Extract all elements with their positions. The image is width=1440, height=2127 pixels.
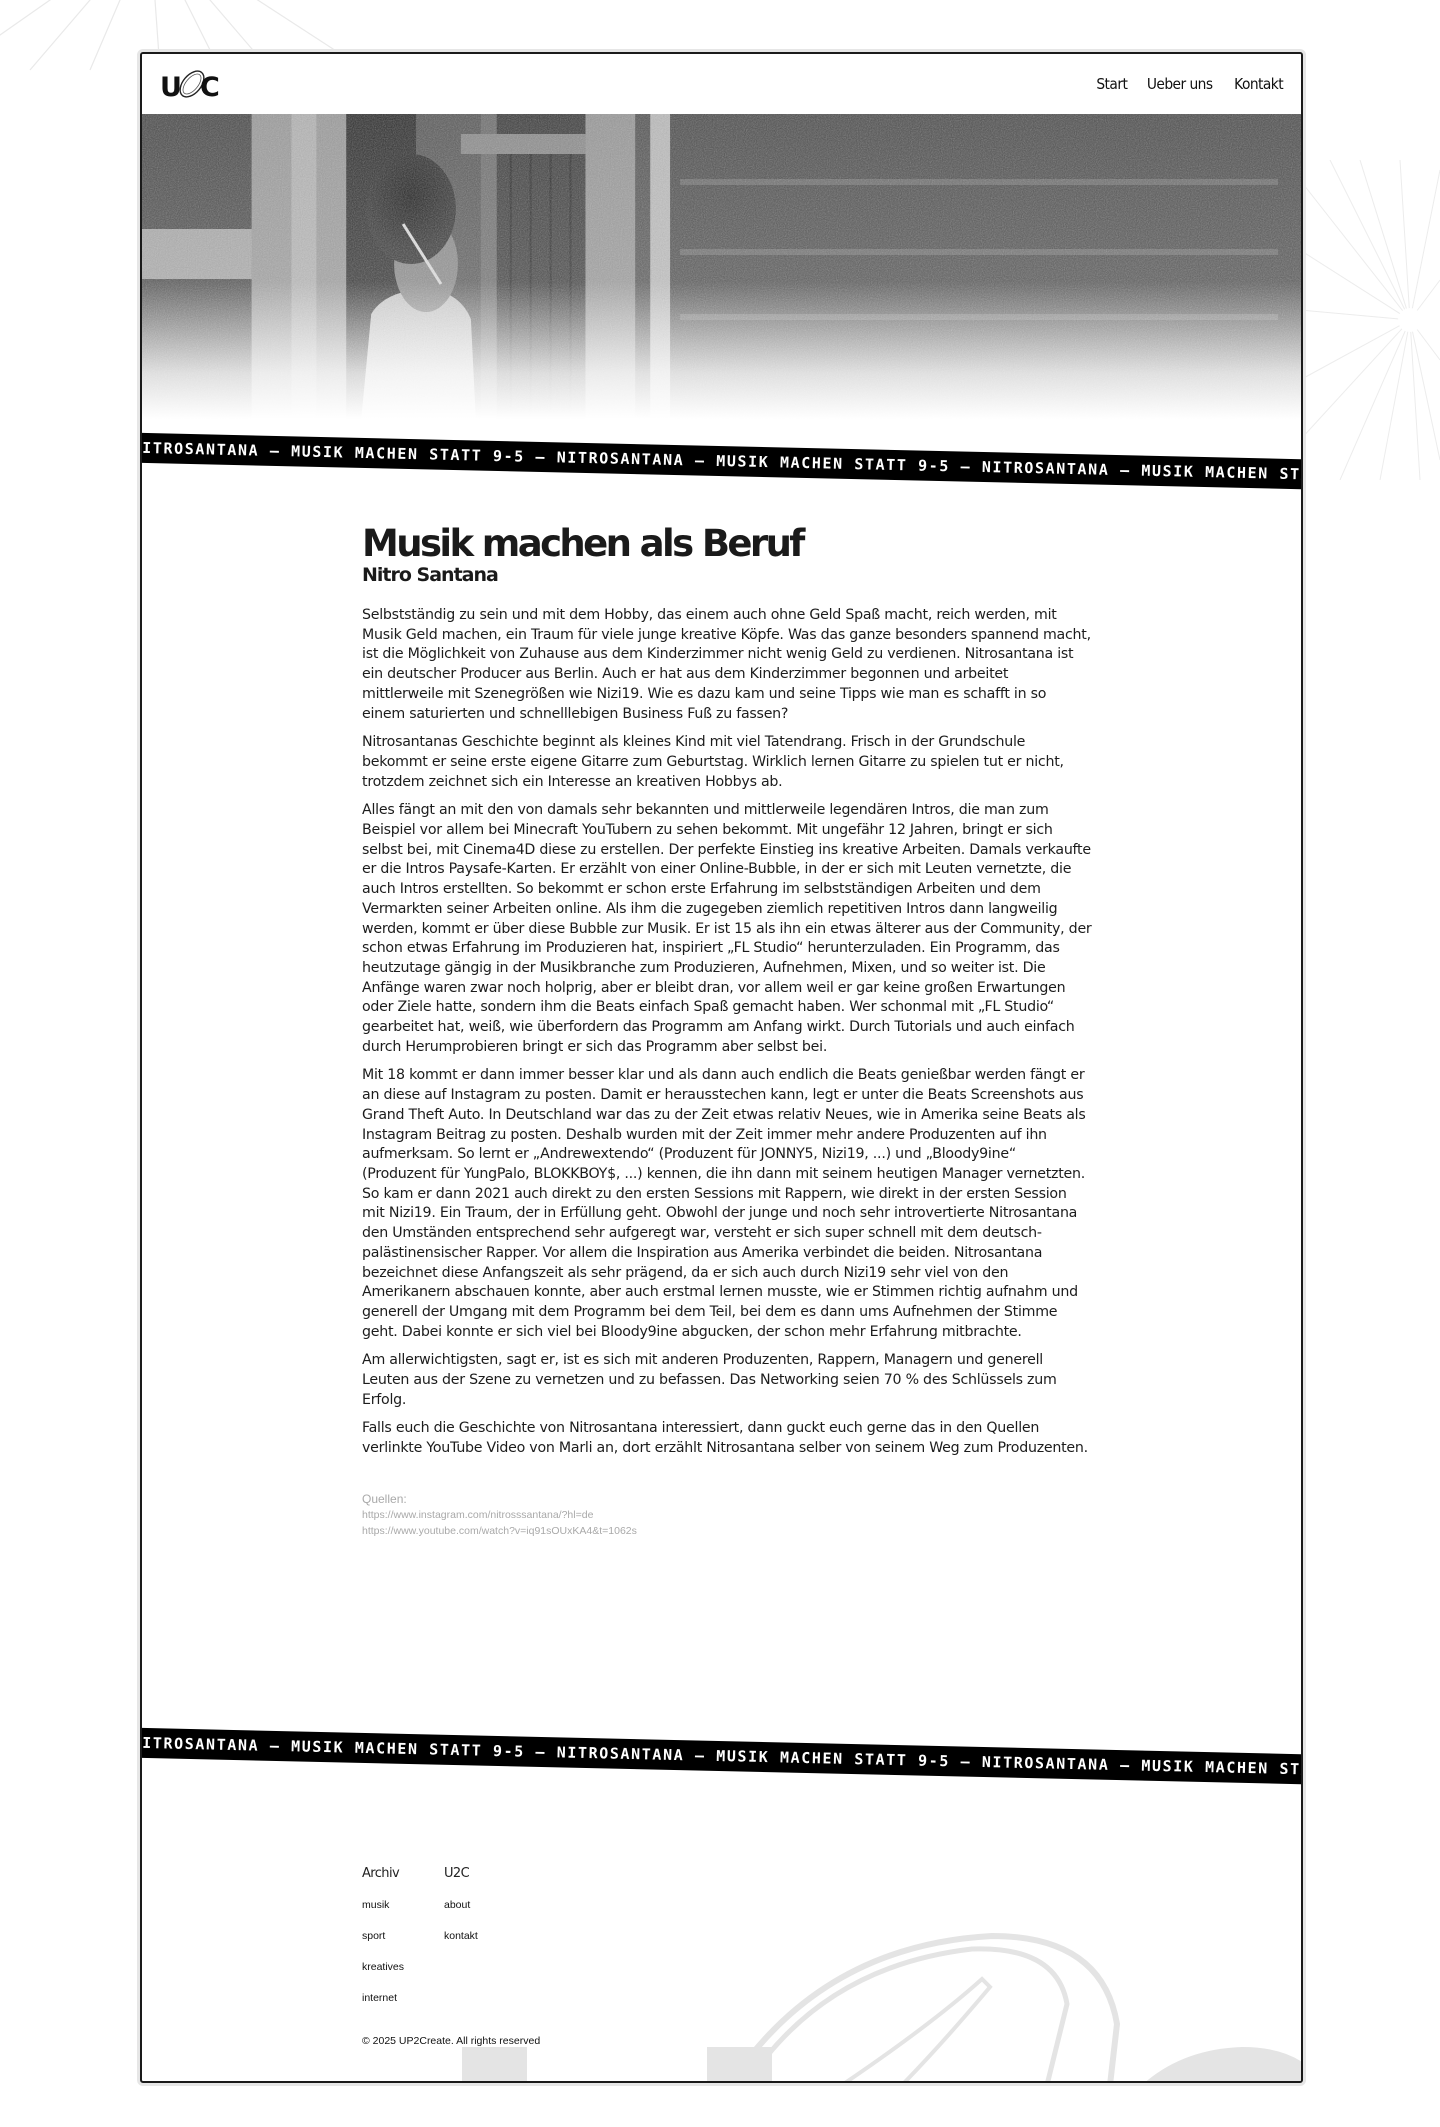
logo-link[interactable]: U C [160,66,224,102]
ticker-text: NITROSANTANA – MUSIK MACHEN STATT 9-5 – … [140,432,1303,491]
article-paragraph: Mit 18 kommt er dann immer besser klar u… [362,1066,1092,1342]
article: Musik machen als Beruf Nitro Santana Sel… [362,524,1092,1539]
ticker-banner-bottom: NITROSANTANA – MUSIK MACHEN STATT 9-5 – … [140,1727,1303,1786]
article-subtitle: Nitro Santana [362,564,1092,586]
site-header: U C Start Ueber uns Kontakt [142,54,1301,114]
sunburst-decoration-right [1300,160,1440,480]
footer-column-u2c: U2C about kontakt [444,1866,486,2023]
footer-link-kreatives[interactable]: kreatives [362,1961,404,1973]
page-frame: U C Start Ueber uns Kontakt [140,52,1303,2083]
article-paragraph: Falls euch die Geschichte von Nitrosanta… [362,1419,1092,1458]
article-paragraph: Selbstständig zu sein und mit dem Hobby,… [362,606,1092,724]
hero-image [142,114,1301,419]
svg-text:U: U [160,72,182,102]
ticker-text: NITROSANTANA – MUSIK MACHEN STATT 9-5 – … [140,1727,1303,1786]
source-link-instagram[interactable]: https://www.instagram.com/nitrosssantana… [362,1507,1092,1523]
article-paragraph: Am allerwichtigsten, sagt er, ist es sic… [362,1351,1092,1410]
sources-section: Quellen: https://www.instagram.com/nitro… [362,1491,1092,1539]
footer-column-archiv: Archiv musik sport kreatives internet [362,1866,404,2023]
u2c-logo-icon: U C [160,66,224,102]
article-paragraph: Alles fängt an mit den von damals sehr b… [362,801,1092,1057]
footer-link-about[interactable]: about [444,1899,486,1911]
sources-label: Quellen: [362,1491,1092,1507]
nav-start[interactable]: Start [1096,75,1127,93]
footer-heading-u2c: U2C [444,1866,486,1881]
footer-link-musik[interactable]: musik [362,1899,404,1911]
footer-link-sport[interactable]: sport [362,1930,404,1942]
source-link-youtube[interactable]: https://www.youtube.com/watch?v=iq91sOUx… [362,1523,1092,1539]
main-nav: Start Ueber uns Kontakt [1095,75,1285,93]
footer-link-kontakt[interactable]: kontakt [444,1930,486,1942]
hero-photo [142,114,1301,419]
footer-heading-archiv: Archiv [362,1866,404,1881]
nav-kontakt[interactable]: Kontakt [1234,75,1283,93]
ticker-banner-top: NITROSANTANA – MUSIK MACHEN STATT 9-5 – … [140,432,1303,491]
u2c-watermark-logo-icon [142,1914,1303,2083]
footer-link-internet[interactable]: internet [362,1992,404,2004]
nav-ueber-uns[interactable]: Ueber uns [1147,75,1213,93]
article-paragraph: Nitrosantanas Geschichte beginnt als kle… [362,733,1092,792]
site-footer: Archiv musik sport kreatives internet U2… [362,1866,540,2047]
svg-text:C: C [200,72,220,102]
article-title: Musik machen als Beruf [362,524,1092,564]
copyright-text: © 2025 UP2Create. All rights reserved [362,2035,540,2047]
